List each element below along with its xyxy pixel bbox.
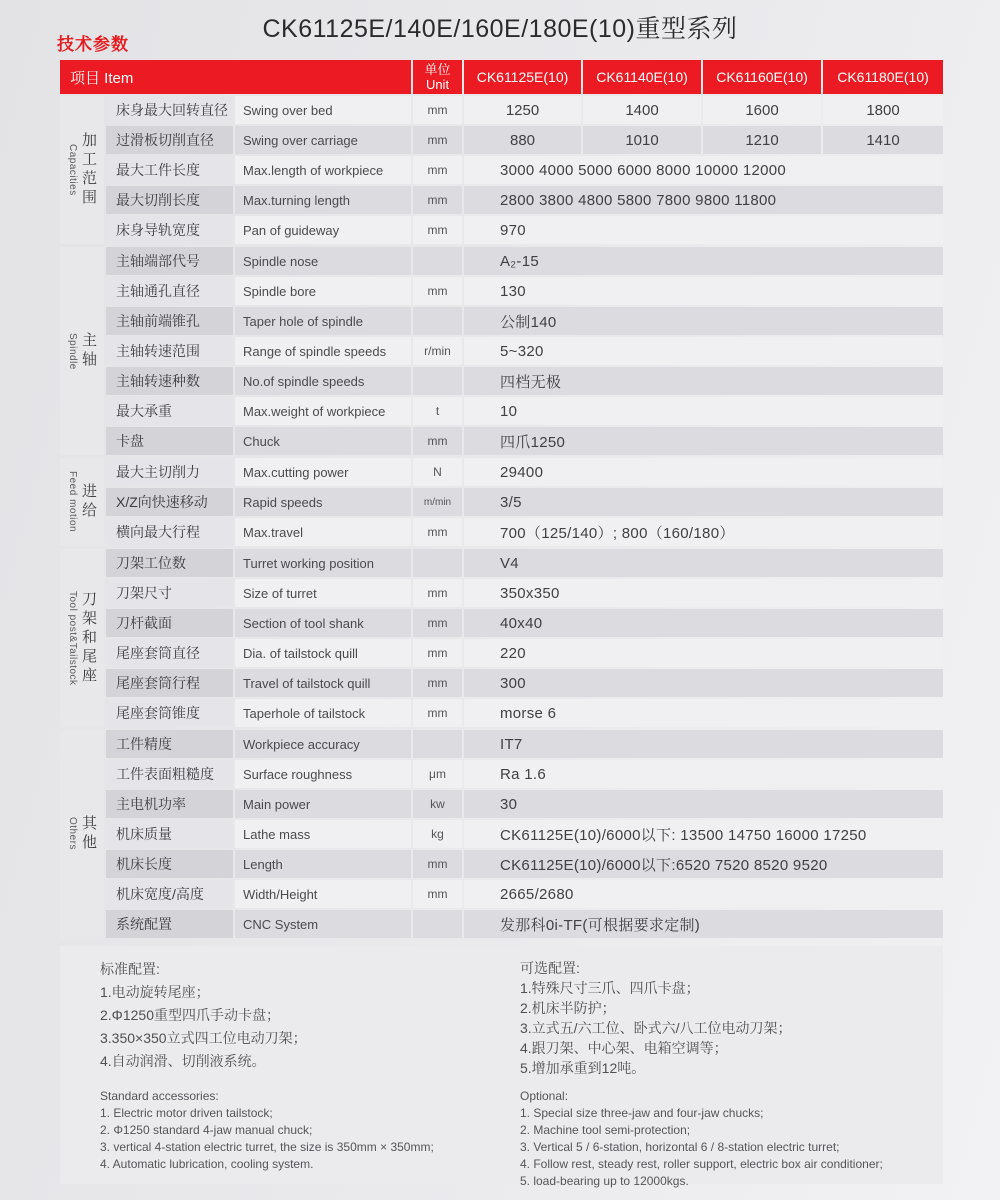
row-label-cn: 刀杆截面 [106, 609, 233, 637]
row-label-en: Spindle bore [235, 277, 411, 305]
row-unit [413, 549, 462, 577]
list-item: 1. Special size three-jaw and four-jaw c… [520, 1105, 943, 1122]
table-row: 刀架尺寸Size of turretmm350x350 [106, 579, 943, 607]
list-item: 3.立式五/六工位、卧式六/八工位电动刀架； [520, 1018, 943, 1038]
row-unit: mm [413, 518, 462, 546]
table-row: 最大承重Max.weight of workpiecet10 [106, 397, 943, 425]
row-unit [413, 910, 462, 938]
row-value-span: IT7 [464, 730, 943, 758]
table-row: 机床宽度/高度Width/Heightmm2665/2680 [106, 880, 943, 908]
table-row: 主轴端部代号Spindle noseA₂-15 [106, 247, 943, 275]
page-title: CK61125E/140E/160E/180E(10)重型系列 [0, 9, 1000, 45]
row-label-en: Max.weight of workpiece [235, 397, 411, 425]
section-rows: 主轴端部代号Spindle noseA₂-15主轴通孔直径Spindle bor… [106, 247, 943, 455]
row-value-span: morse 6 [464, 699, 943, 727]
row-label-en: Spindle nose [235, 247, 411, 275]
row-value-span: 四爪1250 [464, 427, 943, 455]
table-row: 主轴转速范围Range of spindle speedsr/min5~320 [106, 337, 943, 365]
standard-config-cn-title: 标准配置: [100, 958, 520, 981]
category-label-cn: 其他 [78, 735, 99, 933]
row-unit: mm [413, 156, 462, 184]
row-unit: mm [413, 96, 462, 124]
row-unit [413, 730, 462, 758]
row-unit [413, 367, 462, 395]
row-unit [413, 247, 462, 275]
row-value-span: A₂-15 [464, 247, 943, 275]
list-item: 5.增加承重到12吨。 [520, 1058, 943, 1078]
row-unit: mm [413, 427, 462, 455]
optional-en-list: 1. Special size three-jaw and four-jaw c… [520, 1105, 943, 1190]
table-row: 横向最大行程Max.travelmm700（125/140）; 800（160/… [106, 518, 943, 546]
row-label-cn: 主轴前端锥孔 [106, 307, 233, 335]
list-item: 4.跟刀架、中心架、电箱空调等； [520, 1038, 943, 1058]
row-label-cn: 机床质量 [106, 820, 233, 848]
row-label-en: Main power [235, 790, 411, 818]
row-unit: mm [413, 186, 462, 214]
row-label-cn: 尾座套筒直径 [106, 639, 233, 667]
table-row: 尾座套筒直径Dia. of tailstock quillmm220 [106, 639, 943, 667]
table-row: 卡盘Chuckmm四爪1250 [106, 427, 943, 455]
category-label-en: Tool post&Tailstock [67, 554, 78, 722]
row-label-en: Dia. of tailstock quill [235, 639, 411, 667]
list-item: 1.电动旋转尾座； [100, 981, 520, 1004]
config-column-standard: 标准配置: 1.电动旋转尾座；2.Φ1250重型四爪手动卡盘；3.350×350… [100, 958, 520, 1184]
table-row: 尾座套筒锥度Taperhole of tailstockmmmorse 6 [106, 699, 943, 727]
row-unit: r/min [413, 337, 462, 365]
optional-config-cn: 可选配置: 1.特殊尺寸三爪、四爪卡盘；2.机床半防护；3.立式五/六工位、卧式… [520, 958, 943, 1082]
standard-config-cn: 标准配置: 1.电动旋转尾座；2.Φ1250重型四爪手动卡盘；3.350×350… [100, 958, 520, 1082]
header-unit-cell: 单位 Unit [413, 60, 462, 94]
row-value-span: 3/5 [464, 488, 943, 516]
table-section: 刀架和尾座Tool post&Tailstock刀架工位数Turret work… [60, 549, 943, 727]
row-unit: kg [413, 820, 462, 848]
header-model-ck61140e: CK61140E(10) [583, 60, 701, 94]
row-label-en: CNC System [235, 910, 411, 938]
row-label-en: No.of spindle speeds [235, 367, 411, 395]
list-item: 3. Vertical 5 / 6-station, horizontal 6 … [520, 1139, 943, 1156]
row-value-span: 5~320 [464, 337, 943, 365]
table-row: 最大切削长度Max.turning lengthmm2800 3800 4800… [106, 186, 943, 214]
row-label-en: Taperhole of tailstock [235, 699, 411, 727]
row-value: 1410 [823, 126, 943, 154]
table-row: 床身最大回转直径Swing over bedmm1250140016001800 [106, 96, 943, 124]
table-row: 尾座套筒行程Travel of tailstock quillmm300 [106, 669, 943, 697]
list-item: 2.Φ1250重型四爪手动卡盘； [100, 1004, 520, 1027]
row-value-span: CK61125E(10)/6000以下:6520 7520 8520 9520 [464, 850, 943, 878]
row-label-en: Range of spindle speeds [235, 337, 411, 365]
row-label-cn: 工件精度 [106, 730, 233, 758]
row-label-en: Turret working position [235, 549, 411, 577]
row-label-cn: 最大主切削力 [106, 458, 233, 486]
header-model-ck61180e: CK61180E(10) [823, 60, 943, 94]
category-label: 进给Feed motion [60, 458, 104, 546]
table-section: 其他Others工件精度Workpiece accuracyIT7工件表面粗糙度… [60, 730, 943, 938]
spec-table: 项目 Item 单位 Unit CK61125E(10) CK61140E(10… [60, 60, 943, 941]
list-item: 5. load-bearing up to 12000kgs. [520, 1173, 943, 1190]
row-unit: mm [413, 639, 462, 667]
config-panel: 标准配置: 1.电动旋转尾座；2.Φ1250重型四爪手动卡盘；3.350×350… [60, 946, 943, 1184]
standard-accessories-en-list: 1. Electric motor driven tailstock;2. Φ1… [100, 1105, 520, 1173]
table-row: 刀架工位数Turret working positionV4 [106, 549, 943, 577]
row-value: 1400 [583, 96, 701, 124]
row-value-span: CK61125E(10)/6000以下: 13500 14750 16000 1… [464, 820, 943, 848]
row-value-span: 发那科0i-TF(可根据要求定制) [464, 910, 943, 938]
spec-table-body: 加工范围Capacities床身最大回转直径Swing over bedmm12… [60, 96, 943, 938]
category-label-en: Feed motion [67, 463, 78, 541]
row-value-span: 130 [464, 277, 943, 305]
row-value: 1250 [464, 96, 581, 124]
table-row: 机床长度LengthmmCK61125E(10)/6000以下:6520 752… [106, 850, 943, 878]
list-item: 2. Machine tool semi-protection; [520, 1122, 943, 1139]
table-header-row: 项目 Item 单位 Unit CK61125E(10) CK61140E(10… [60, 60, 943, 94]
optional-config-cn-list: 1.特殊尺寸三爪、四爪卡盘；2.机床半防护；3.立式五/六工位、卧式六/八工位电… [520, 978, 943, 1078]
row-label-cn: 主轴转速范围 [106, 337, 233, 365]
section-rows: 工件精度Workpiece accuracyIT7工件表面粗糙度Surface … [106, 730, 943, 938]
list-item: 3.350×350立式四工位电动刀架； [100, 1027, 520, 1050]
row-unit: mm [413, 579, 462, 607]
row-unit: mm [413, 216, 462, 244]
row-unit: t [413, 397, 462, 425]
header-item-cell: 项目 Item [60, 60, 411, 94]
row-label-cn: 主轴端部代号 [106, 247, 233, 275]
optional-en: Optional: 1. Special size three-jaw and … [520, 1088, 943, 1190]
row-label-en: Pan of guideway [235, 216, 411, 244]
category-label-en: Capacities [67, 101, 78, 239]
row-label-en: Max.travel [235, 518, 411, 546]
row-value-span: 30 [464, 790, 943, 818]
row-label-cn: 尾座套筒行程 [106, 669, 233, 697]
row-value-span: 2665/2680 [464, 880, 943, 908]
table-row: 刀杆截面Section of tool shankmm40x40 [106, 609, 943, 637]
header-unit-cn: 单位 [424, 62, 450, 77]
row-label-en: Width/Height [235, 880, 411, 908]
row-unit: m/min [413, 488, 462, 516]
list-item: 1.特殊尺寸三爪、四爪卡盘； [520, 978, 943, 998]
row-unit: kw [413, 790, 462, 818]
row-label-cn: 刀架工位数 [106, 549, 233, 577]
list-item: 2.机床半防护； [520, 998, 943, 1018]
section-rows: 刀架工位数Turret working positionV4刀架尺寸Size o… [106, 549, 943, 727]
row-value-span: Ra 1.6 [464, 760, 943, 788]
row-value-span: 3000 4000 5000 6000 8000 10000 12000 [464, 156, 943, 184]
row-value-span: 350x350 [464, 579, 943, 607]
row-label-cn: 最大切削长度 [106, 186, 233, 214]
optional-en-title: Optional: [520, 1088, 943, 1105]
row-label-en: Rapid speeds [235, 488, 411, 516]
row-unit: μm [413, 760, 462, 788]
row-label-en: Swing over carriage [235, 126, 411, 154]
section-rows: 床身最大回转直径Swing over bedmm1250140016001800… [106, 96, 943, 244]
row-unit [413, 307, 462, 335]
list-item: 4.自动润滑、切削液系统。 [100, 1050, 520, 1073]
header-unit-en: Unit [426, 77, 449, 92]
row-unit: N [413, 458, 462, 486]
category-label-cn: 加工范围 [78, 101, 99, 239]
row-label-cn: 横向最大行程 [106, 518, 233, 546]
table-row: 工件表面粗糙度Surface roughnessμmRa 1.6 [106, 760, 943, 788]
row-label-cn: 主轴转速种数 [106, 367, 233, 395]
row-label-en: Max.cutting power [235, 458, 411, 486]
row-label-cn: 床身导轨宽度 [106, 216, 233, 244]
row-value-span: 2800 3800 4800 5800 7800 9800 11800 [464, 186, 943, 214]
list-item: 3. vertical 4-station electric turret, t… [100, 1139, 520, 1156]
table-section: 进给Feed motion最大主切削力Max.cutting powerN294… [60, 458, 943, 546]
header-model-ck61125e: CK61125E(10) [464, 60, 581, 94]
table-row: 最大工件长度Max.length of workpiecemm3000 4000… [106, 156, 943, 184]
table-row: 主轴前端锥孔Taper hole of spindle公制140 [106, 307, 943, 335]
row-value-span: 300 [464, 669, 943, 697]
table-row: X/Z向快速移动Rapid speedsm/min3/5 [106, 488, 943, 516]
table-row: 最大主切削力Max.cutting powerN29400 [106, 458, 943, 486]
optional-config-cn-title: 可选配置: [520, 958, 943, 978]
row-value-span: 公制140 [464, 307, 943, 335]
standard-accessories-en: Standard accessories: 1. Electric motor … [100, 1088, 520, 1173]
row-label-en: Lathe mass [235, 820, 411, 848]
row-value: 880 [464, 126, 581, 154]
row-value-span: V4 [464, 549, 943, 577]
row-value-span: 220 [464, 639, 943, 667]
category-label: 加工范围Capacities [60, 96, 104, 244]
row-label-en: Chuck [235, 427, 411, 455]
table-row: 工件精度Workpiece accuracyIT7 [106, 730, 943, 758]
table-section: 加工范围Capacities床身最大回转直径Swing over bedmm12… [60, 96, 943, 244]
category-label-cn: 进给 [78, 463, 99, 541]
row-label-en: Swing over bed [235, 96, 411, 124]
row-label-cn: 系统配置 [106, 910, 233, 938]
table-row: 床身导轨宽度Pan of guidewaymm970 [106, 216, 943, 244]
row-label-en: Surface roughness [235, 760, 411, 788]
header-model-ck61160e: CK61160E(10) [703, 60, 821, 94]
category-label: 刀架和尾座Tool post&Tailstock [60, 549, 104, 727]
row-unit: mm [413, 880, 462, 908]
table-row: 主轴通孔直径Spindle boremm130 [106, 277, 943, 305]
standard-config-cn-list: 1.电动旋转尾座；2.Φ1250重型四爪手动卡盘；3.350×350立式四工位电… [100, 981, 520, 1073]
row-label-en: Max.length of workpiece [235, 156, 411, 184]
row-value: 1600 [703, 96, 821, 124]
category-label-cn: 刀架和尾座 [78, 554, 99, 722]
row-label-en: Taper hole of spindle [235, 307, 411, 335]
category-label-en: Spindle [67, 252, 78, 450]
row-label-cn: 主轴通孔直径 [106, 277, 233, 305]
table-row: 系统配置CNC System发那科0i-TF(可根据要求定制) [106, 910, 943, 938]
row-label-cn: 尾座套筒锥度 [106, 699, 233, 727]
row-unit: mm [413, 126, 462, 154]
table-row: 机床质量Lathe masskgCK61125E(10)/6000以下: 135… [106, 820, 943, 848]
list-item: 4. Automatic lubrication, cooling system… [100, 1156, 520, 1173]
spec-sheet-page: 技术参数 CK61125E/140E/160E/180E(10)重型系列 项目 … [0, 0, 1000, 1200]
list-item: 4. Follow rest, steady rest, roller supp… [520, 1156, 943, 1173]
table-row: 过滑板切削直径Swing over carriagemm880101012101… [106, 126, 943, 154]
row-value-span: 700（125/140）; 800（160/180） [464, 518, 943, 546]
row-unit: mm [413, 669, 462, 697]
row-label-cn: 刀架尺寸 [106, 579, 233, 607]
list-item: 2. Φ1250 standard 4-jaw manual chuck; [100, 1122, 520, 1139]
category-label: 主轴Spindle [60, 247, 104, 455]
row-unit: mm [413, 699, 462, 727]
row-unit: mm [413, 609, 462, 637]
row-label-en: Max.turning length [235, 186, 411, 214]
row-label-cn: 卡盘 [106, 427, 233, 455]
row-value-span: 970 [464, 216, 943, 244]
category-label-cn: 主轴 [78, 252, 99, 450]
category-label: 其他Others [60, 730, 104, 938]
row-label-en: Size of turret [235, 579, 411, 607]
row-value-span: 29400 [464, 458, 943, 486]
row-label-cn: 床身最大回转直径 [106, 96, 233, 124]
row-value-span: 10 [464, 397, 943, 425]
table-row: 主轴转速种数No.of spindle speeds四档无极 [106, 367, 943, 395]
row-label-cn: 最大工件长度 [106, 156, 233, 184]
category-label-en: Others [67, 735, 78, 933]
row-label-cn: 工件表面粗糙度 [106, 760, 233, 788]
config-column-optional: 可选配置: 1.特殊尺寸三爪、四爪卡盘；2.机床半防护；3.立式五/六工位、卧式… [520, 958, 943, 1184]
row-label-cn: 主电机功率 [106, 790, 233, 818]
table-section: 主轴Spindle主轴端部代号Spindle noseA₂-15主轴通孔直径Sp… [60, 247, 943, 455]
row-label-en: Travel of tailstock quill [235, 669, 411, 697]
row-label-en: Length [235, 850, 411, 878]
row-label-cn: X/Z向快速移动 [106, 488, 233, 516]
row-value: 1210 [703, 126, 821, 154]
row-label-cn: 机床宽度/高度 [106, 880, 233, 908]
row-unit: mm [413, 850, 462, 878]
table-row: 主电机功率Main powerkw30 [106, 790, 943, 818]
row-label-en: Workpiece accuracy [235, 730, 411, 758]
row-unit: mm [413, 277, 462, 305]
standard-accessories-en-title: Standard accessories: [100, 1088, 520, 1105]
row-value: 1800 [823, 96, 943, 124]
row-value: 1010 [583, 126, 701, 154]
row-value-span: 四档无极 [464, 367, 943, 395]
row-label-cn: 机床长度 [106, 850, 233, 878]
row-label-en: Section of tool shank [235, 609, 411, 637]
row-label-cn: 过滑板切削直径 [106, 126, 233, 154]
row-value-span: 40x40 [464, 609, 943, 637]
list-item: 1. Electric motor driven tailstock; [100, 1105, 520, 1122]
row-label-cn: 最大承重 [106, 397, 233, 425]
section-rows: 最大主切削力Max.cutting powerN29400X/Z向快速移动Rap… [106, 458, 943, 546]
